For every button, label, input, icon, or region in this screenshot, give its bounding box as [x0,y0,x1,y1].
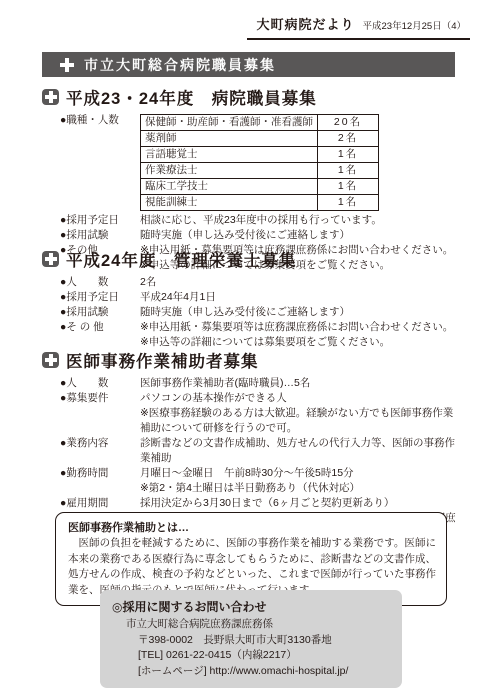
section2-heading: 平成24年度 管理栄養士募集 [42,247,462,271]
item-text: パソコンの基本操作ができる人 [140,391,462,406]
contact-homepage: [ホームページ] http://www.omachi-hospital.jp/ [138,664,392,680]
job-role: 視能訓練士 [141,195,318,211]
item-text: 相談に応じ、平成23年度中の採用も行っています。 [140,213,462,228]
item-label: ●業務内容 [60,436,140,451]
job-count: 1名 [318,163,379,179]
section3-heading: 医師事務作業補助者募集 [42,348,462,372]
job-count: 1名 [318,195,379,211]
item-label: ●採用予定日 [60,213,140,228]
section1-heading: 平成23・24年度 病院職員募集 [42,85,462,109]
list-item: ●募集要件 パソコンの基本操作ができる人 [60,391,462,406]
list-item: ●雇用期間 採用決定から3月30日まで（6ヶ月ごと契約更新あり） [60,496,462,511]
job-count: 1名 [318,179,379,195]
table-row: 視能訓練士 1名 [141,195,379,211]
section1-title: 平成23・24年度 病院職員募集 [66,85,317,109]
item-label: ●そ の 他 [60,320,140,335]
item-text: 診断書などの文書作成補助、処方せんの代行入力等、医師の事務作業補助 [140,436,462,466]
hospital-cross-badge-icon [42,251,59,267]
table-row: 薬剤師 2名 [141,131,379,147]
issue-date: 平成23年12月25日（4） [363,21,466,32]
job-role: 薬剤師 [141,131,318,147]
item-label: ●採用予定日 [60,290,140,305]
job-count: 20名 [318,115,379,131]
contact-org: 市立大町総合病院庶務課庶務係 [126,617,392,633]
contact-box: ◎採用に関するお問い合わせ 市立大町総合病院庶務課庶務係 〒398-0002 長… [100,590,402,688]
item-text: ※医療事務経験のある方は大歓迎。経験がない方でも医師事務作業補助について研修を行… [140,406,462,436]
section-hospital-staff-recruit: 平成23・24年度 病院職員募集 ●職種・人数 保健師・助産師・看護師・准看護師… [42,85,462,273]
list-item: ●業務内容 診断書などの文書作成補助、処方せんの代行入力等、医師の事務作業補助 [60,436,462,466]
item-label: ●採用試験 [60,228,140,243]
job-role: 臨床工学技士 [141,179,318,195]
list-item: ●そ の 他 ※申込用紙・募集要項等は庶務課庶務係にお問い合わせください。 [60,320,462,335]
item-text: 平成24年4月1日 [140,290,462,305]
section-dietitian-recruit: 平成24年度 管理栄養士募集 ●人 数 2名 ●採用予定日 平成24年4月1日 … [42,247,462,350]
hospital-cross-icon [60,58,74,72]
note-title: 医師事務作業補助とは… [68,519,436,535]
main-title: 市立大町総合病院職員募集 [84,55,276,75]
jobs-table: 保健師・助産師・看護師・准看護師 20名 薬剤師 2名 言語聴覚士 1名 作 [140,114,379,211]
newsletter-page: 大町病院だより平成23年12月25日（4） 市立大町総合病院職員募集 平成23・… [0,0,494,700]
item-text: 随時実施（申し込み受付後にご連絡します） [140,305,462,320]
hospital-cross-badge-icon [42,352,59,368]
newsletter-title: 大町病院だより [257,17,355,32]
main-title-banner: 市立大町総合病院職員募集 [42,52,455,77]
table-row: 臨床工学技士 1名 [141,179,379,195]
list-item: ●採用予定日 相談に応じ、平成23年度中の採用も行っています。 [60,213,462,228]
table-row: 作業療法士 1名 [141,163,379,179]
jobs-table-label: ●職種・人数 [60,113,140,128]
item-text: 2名 [140,275,462,290]
job-role: 保健師・助産師・看護師・准看護師 [141,115,318,131]
contact-address: 〒398-0002 長野県大町市大町3130番地 [138,633,392,649]
list-item: ※第2・第4土曜日は半日勤務あり（代休対応） [60,481,462,496]
section3-title: 医師事務作業補助者募集 [66,348,259,372]
item-text: 月曜日～金曜日 午前8時30分～午後5時15分 [140,466,462,481]
list-item: ※医療事務経験のある方は大歓迎。経験がない方でも医師事務作業補助について研修を行… [60,406,462,436]
contact-tel: [TEL] 0261-22-0415（内線2217） [138,648,392,664]
item-label: ●雇用期間 [60,496,140,511]
item-label: ●勤務時間 [60,466,140,481]
list-item: ●採用試験 随時実施（申し込み受付後にご連絡します） [60,228,462,243]
table-row: 保健師・助産師・看護師・准看護師 20名 [141,115,379,131]
list-item: ●人 数 2名 [60,275,462,290]
job-count: 1名 [318,147,379,163]
list-item: ●採用試験 随時実施（申し込み受付後にご連絡します） [60,305,462,320]
table-row: 言語聴覚士 1名 [141,147,379,163]
item-text: ※申込用紙・募集要項等は庶務課庶務係にお問い合わせください。 [140,320,462,335]
job-role: 言語聴覚士 [141,147,318,163]
item-text: 随時実施（申し込み受付後にご連絡します） [140,228,462,243]
list-item: ●採用予定日 平成24年4月1日 [60,290,462,305]
jobs-table-row-group: ●職種・人数 保健師・助産師・看護師・准看護師 20名 薬剤師 2名 言語聴覚士 [60,113,462,213]
contact-title: ◎採用に関するお問い合わせ [112,598,392,615]
item-label: ●募集要件 [60,391,140,406]
item-text: 医師事務作業補助者(臨時職員)…5名 [140,376,462,391]
item-text: 採用決定から3月30日まで（6ヶ月ごと契約更新あり） [140,496,462,511]
hospital-cross-badge-icon [42,89,59,105]
item-label: ●人 数 [60,376,140,391]
section2-title: 平成24年度 管理栄養士募集 [66,247,296,271]
job-role: 作業療法士 [141,163,318,179]
note-body: 医師の負担を軽減するために、医師の事務作業を補助する業務です。医師に本来の業務で… [68,536,436,598]
item-label: ●採用試験 [60,305,140,320]
item-label: ●人 数 [60,275,140,290]
list-item: ●人 数 医師事務作業補助者(臨時職員)…5名 [60,376,462,391]
job-count: 2名 [318,131,379,147]
item-text: ※第2・第4土曜日は半日勤務あり（代休対応） [140,481,462,496]
masthead: 大町病院だより平成23年12月25日（4） [247,14,471,40]
list-item: ●勤務時間 月曜日～金曜日 午前8時30分～午後5時15分 [60,466,462,481]
